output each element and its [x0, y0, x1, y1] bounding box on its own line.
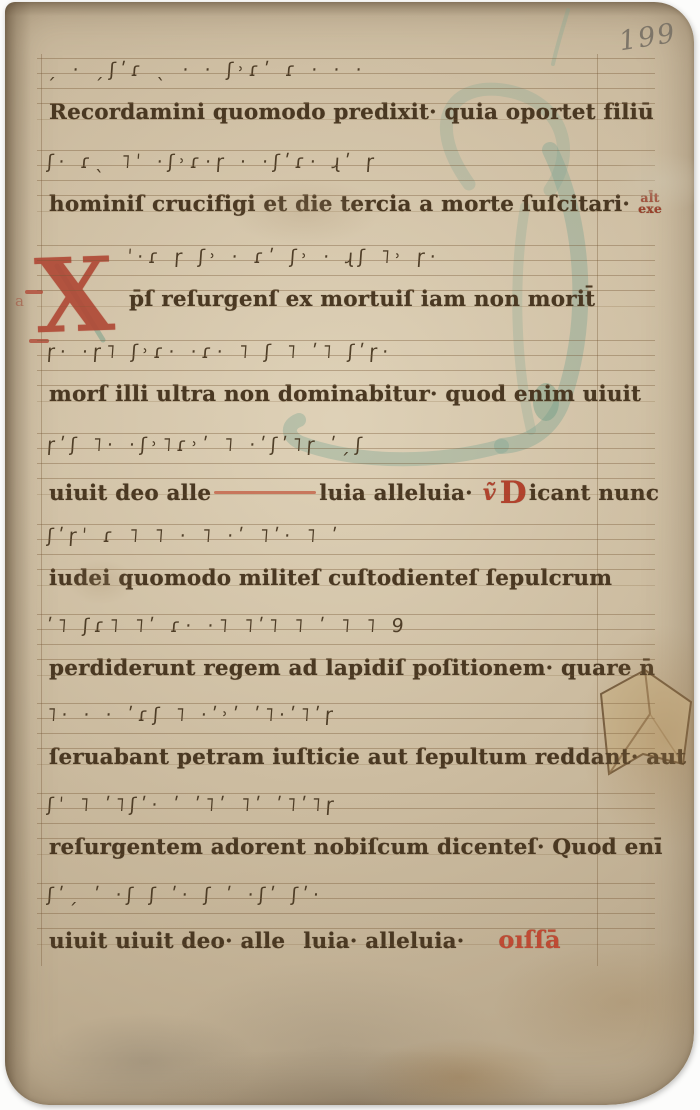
ruled-line — [37, 88, 655, 89]
ruled-line — [37, 808, 655, 809]
ruled-line — [37, 898, 655, 899]
ruled-line — [37, 733, 655, 734]
ruled-line — [37, 659, 655, 660]
chant-system-10: ʃʹˏ ʹ ·ʃ ʃ ʹ· ʃ ʹ ·ʃʹ ʃʹ· uiuit uiuit de… — [37, 883, 655, 975]
chant-system-4: ɼ· ·ɼ˥ ʃ˒ɾ· ·ɾ· ˥ ʃ ˥ ʹ˥ ʃʹɼ· morſ illi … — [37, 340, 655, 432]
ruled-line — [37, 913, 655, 914]
text-line: uiuit deo alleluia alleluia·ṽDicant nunc — [49, 475, 659, 511]
ruled-line — [37, 340, 655, 341]
ruled-line — [37, 524, 655, 525]
neume-row: ʃʹˏ ʹ ·ʃ ʃ ʹ· ʃ ʹ ·ʃʹ ʃʹ· — [46, 884, 325, 906]
ruled-line — [37, 554, 655, 555]
ruled-line — [37, 211, 655, 212]
neume-row: ʃʹɼˈ ɾ ˥ ˥ · ˥ ·ʹ ˥ʹ· ˥ ʹ — [46, 525, 343, 547]
folio-number: 199 — [617, 18, 679, 58]
ruled-line — [37, 401, 655, 402]
ruled-line — [37, 448, 655, 449]
ruled-line — [37, 306, 655, 307]
neume-row: ˥· · · ʹɾʃ ˥ ·ʹ˒ʹ ʹ˥·ʹ˥ʹɼ — [46, 704, 338, 726]
text-segment: uiuit uiuit deo· alle — [49, 929, 285, 954]
ruled-line — [37, 614, 655, 615]
chant-system-6: ʃʹɼˈ ɾ ˥ ˥ · ˥ ·ʹ ˥ʹ· ˥ ʹ iudei quomodo … — [37, 524, 655, 616]
ruled-line — [37, 370, 655, 371]
neume-row: ˈ·ɾ ɼ ʃ˒ · ɾʹ ʃ˒ · ɻʃ ˥˒ ɼ· — [126, 246, 441, 268]
ruled-line — [37, 119, 655, 120]
ruled-line — [37, 275, 655, 276]
ruled-line — [37, 675, 655, 676]
neume-row: ɼ· ·ɼ˥ ʃ˒ɾ· ·ɾ· ˥ ʃ ˥ ʹ˥ ʃʹɼ· — [46, 341, 394, 363]
ruled-line — [37, 478, 655, 479]
binding-gutter-shadow — [5, 2, 31, 1105]
ruled-line — [37, 355, 655, 356]
manuscript-photo: 199 a X ˏ · ˏʃʹɾ ˎ · · ʃ˒ɾʹ ɾ · · · Reco… — [0, 0, 700, 1110]
ruled-line — [37, 385, 655, 386]
ruled-line — [37, 944, 655, 945]
text-segment: luia· alleluia· — [303, 929, 464, 954]
ruled-line — [37, 195, 655, 196]
chant-system-7: ʹ˥ ʃɾ˥ ˥ʹ ɾ· ·˥ ˥ʹ˥ ˥ ʹ ˥ ˥ 9 perdiderun… — [37, 614, 655, 706]
ruled-line — [37, 433, 655, 434]
ruled-line — [37, 928, 655, 929]
versicle-mark: ṽ — [483, 480, 496, 506]
ruled-line — [37, 260, 655, 261]
ruled-line — [37, 585, 655, 586]
rubric-bottom: exe — [638, 203, 662, 214]
ruled-line — [37, 883, 655, 884]
top-edge-shadow — [5, 2, 694, 16]
ruled-line — [37, 838, 655, 839]
chant-system-9: ʃˈ ˥ ʹ˥ʃʹ· ʹ ʹ˥ʹ ˥ʹ ʹ˥ʹ˥ɼ reſurgentem ad… — [37, 793, 655, 885]
initial-d: D — [500, 475, 527, 511]
ruled-line — [37, 245, 655, 246]
chant-system-5: ɼʹʃ ˥· ·ʃ˒˥ɾ˒ʹ ˥ ·ʹʃʹ˥ɼ ʹˏʃ uiuit deo al… — [37, 433, 655, 525]
ruled-line — [37, 854, 655, 855]
ruled-line — [37, 823, 655, 824]
ruled-line — [37, 629, 655, 630]
ruled-line — [37, 165, 655, 166]
neume-row: ɼʹʃ ˥· ·ʃ˒˥ɾ˒ʹ ˥ ·ʹʃʹ˥ɼ ʹˏʃ — [46, 434, 367, 456]
neume-row: ˏ · ˏʃʹɾ ˎ · · ʃ˒ɾʹ ɾ · · · — [46, 59, 367, 81]
ruled-line — [37, 703, 655, 704]
ruled-line — [37, 569, 655, 570]
ruled-line — [37, 764, 655, 765]
manuscript-page: 199 a X ˏ · ˏʃʹɾ ˎ · · ʃ˒ɾʹ ɾ · · · Reco… — [5, 2, 694, 1105]
red-rubric: oıſſā — [498, 925, 560, 954]
chant-system-2: ʃ· ɾˎ ˥ˈ ·ʃ˒ɾ·ɼ · ·ʃʹɾ· ɻʹ ɼ hominiſ cru… — [37, 150, 655, 242]
chant-system-8: ˥· · · ʹɾʃ ˥ ·ʹ˒ʹ ʹ˥·ʹ˥ʹɼ ſeruabant petr… — [37, 703, 655, 795]
ruled-line — [37, 463, 655, 464]
chant-system-1: ˏ · ˏʃʹɾ ˎ · · ʃ˒ɾʹ ɾ · · · Recordamini … — [37, 58, 655, 150]
ruled-line — [37, 644, 655, 645]
ruled-line — [37, 103, 655, 104]
chant-system-3: ˈ·ɾ ɼ ʃ˒ · ɾʹ ʃ˒ · ɻʃ ˥˒ ɼ· p̄ſ reſurgen… — [37, 245, 655, 337]
ruled-line — [37, 748, 655, 749]
ruled-line — [37, 73, 655, 74]
ruled-line — [37, 718, 655, 719]
ruled-line — [37, 58, 655, 59]
ruled-line — [37, 290, 655, 291]
ruled-line — [37, 793, 655, 794]
text-segment: hominiſ crucifigi et die tercia a morte … — [49, 192, 630, 217]
margin-guide-letter: a — [15, 292, 24, 310]
ruled-line — [37, 180, 655, 181]
neume-row: ʹ˥ ʃɾ˥ ˥ʹ ɾ· ·˥ ˥ʹ˥ ˥ ʹ ˥ ˥ 9 — [46, 615, 409, 637]
ruled-line — [37, 539, 655, 540]
ruled-line — [37, 494, 655, 495]
neume-row: ʃ· ɾˎ ˥ˈ ·ʃ˒ɾ·ɼ · ·ʃʹɾ· ɻʹ ɼ — [46, 151, 379, 173]
text-line: uiuit uiuit deo· alleluia· alleluia·oıſſ… — [49, 925, 561, 954]
ruled-line — [37, 150, 655, 151]
neume-row: ʃˈ ˥ ʹ˥ʃʹ· ʹ ʹ˥ʹ ˥ʹ ʹ˥ʹ˥ɼ — [46, 794, 339, 816]
